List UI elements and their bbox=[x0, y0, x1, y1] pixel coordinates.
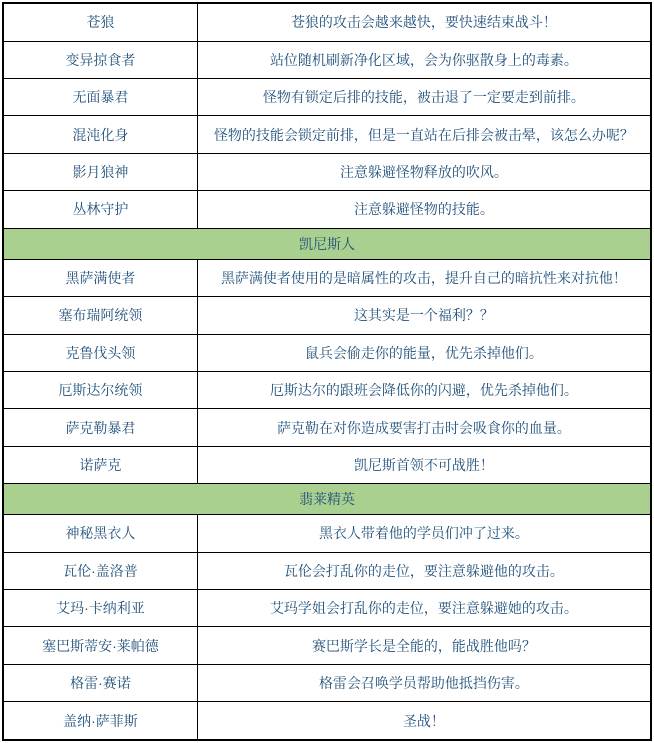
boss-strategy-cell: 黑萨满使者使用的是暗属性的攻击，提升自己的暗抗性来对抗他！ bbox=[197, 259, 651, 296]
table-row: 塞巴斯蒂安·莱帕德赛巴斯学长是全能的，能战胜他吗？ bbox=[3, 627, 651, 664]
boss-name-cell: 格雷·赛诺 bbox=[3, 664, 197, 701]
boss-name-cell: 变异掠食者 bbox=[3, 41, 197, 78]
boss-strategy-cell: 怪物的技能会锁定前排，但是一直站在后排会被击晕，该怎么办呢？ bbox=[197, 116, 651, 153]
boss-name-cell: 瓦伦·盖洛普 bbox=[3, 552, 197, 589]
table-row: 无面暴君怪物有锁定后排的技能，被击退了一定要走到前排。 bbox=[3, 79, 651, 116]
table-row: 盖纳·萨菲斯圣战！ bbox=[3, 702, 651, 740]
boss-strategy-cell: 苍狼的攻击会越来越快，要快速结束战斗！ bbox=[197, 3, 651, 41]
page: 苍狼苍狼的攻击会越来越快，要快速结束战斗！变异掠食者站位随机刷新净化区域，会为你… bbox=[0, 0, 654, 743]
table-row: 萨克勒暴君萨克勒在对你造成要害打击时会吸食你的血量。 bbox=[3, 409, 651, 446]
boss-strategy-cell: 格雷会召唤学员帮助他抵挡伤害。 bbox=[197, 664, 651, 701]
section-header-cell: 凯尼斯人 bbox=[3, 228, 651, 259]
boss-strategy-cell: 站位随机刷新净化区域，会为你驱散身上的毒素。 bbox=[197, 41, 651, 78]
boss-strategy-cell: 赛巴斯学长是全能的，能战胜他吗？ bbox=[197, 627, 651, 664]
boss-strategy-cell: 凯尼斯首领不可战胜！ bbox=[197, 446, 651, 483]
boss-name-cell: 厄斯达尔统领 bbox=[3, 371, 197, 408]
table-row: 格雷·赛诺格雷会召唤学员帮助他抵挡伤害。 bbox=[3, 664, 651, 701]
boss-strategy-cell: 黑衣人带着他的学员们冲了过来。 bbox=[197, 515, 651, 552]
table-row: 混沌化身怪物的技能会锁定前排，但是一直站在后排会被击晕，该怎么办呢？ bbox=[3, 116, 651, 153]
section-header-cell: 翡莱精英 bbox=[3, 484, 651, 515]
boss-name-cell: 克鲁伐头领 bbox=[3, 334, 197, 371]
table-row: 塞布瑞阿统领这其实是一个福利？？ bbox=[3, 297, 651, 334]
boss-name-cell: 艾玛·卡纳利亚 bbox=[3, 589, 197, 626]
table-row: 艾玛·卡纳利亚艾玛学姐会打乱你的走位，要注意躲避她的攻击。 bbox=[3, 589, 651, 626]
boss-name-cell: 萨克勒暴君 bbox=[3, 409, 197, 446]
boss-name-cell: 混沌化身 bbox=[3, 116, 197, 153]
boss-strategy-cell: 这其实是一个福利？？ bbox=[197, 297, 651, 334]
boss-name-cell: 黑萨满使者 bbox=[3, 259, 197, 296]
boss-strategy-cell: 瓦伦会打乱你的走位，要注意躲避他的攻击。 bbox=[197, 552, 651, 589]
boss-name-cell: 苍狼 bbox=[3, 3, 197, 41]
table-row: 厄斯达尔统领厄斯达尔的跟班会降低你的闪避，优先杀掉他们。 bbox=[3, 371, 651, 408]
boss-strategy-table-body: 苍狼苍狼的攻击会越来越快，要快速结束战斗！变异掠食者站位随机刷新净化区域，会为你… bbox=[3, 3, 651, 740]
boss-strategy-table: 苍狼苍狼的攻击会越来越快，要快速结束战斗！变异掠食者站位随机刷新净化区域，会为你… bbox=[2, 2, 652, 741]
table-row: 丛林守护注意躲避怪物的技能。 bbox=[3, 191, 651, 228]
boss-strategy-cell: 怪物有锁定后排的技能，被击退了一定要走到前排。 bbox=[197, 79, 651, 116]
boss-name-cell: 影月狼神 bbox=[3, 153, 197, 190]
boss-name-cell: 无面暴君 bbox=[3, 79, 197, 116]
section-header-row: 凯尼斯人 bbox=[3, 228, 651, 259]
table-row: 瓦伦·盖洛普瓦伦会打乱你的走位，要注意躲避他的攻击。 bbox=[3, 552, 651, 589]
table-row: 克鲁伐头领鼠兵会偷走你的能量，优先杀掉他们。 bbox=[3, 334, 651, 371]
boss-strategy-cell: 艾玛学姐会打乱你的走位，要注意躲避她的攻击。 bbox=[197, 589, 651, 626]
table-row: 神秘黑衣人黑衣人带着他的学员们冲了过来。 bbox=[3, 515, 651, 552]
table-row: 苍狼苍狼的攻击会越来越快，要快速结束战斗！ bbox=[3, 3, 651, 41]
table-row: 黑萨满使者黑萨满使者使用的是暗属性的攻击，提升自己的暗抗性来对抗他！ bbox=[3, 259, 651, 296]
table-row: 影月狼神注意躲避怪物释放的吹风。 bbox=[3, 153, 651, 190]
boss-name-cell: 神秘黑衣人 bbox=[3, 515, 197, 552]
boss-name-cell: 丛林守护 bbox=[3, 191, 197, 228]
section-header-row: 翡莱精英 bbox=[3, 484, 651, 515]
table-row: 变异掠食者站位随机刷新净化区域，会为你驱散身上的毒素。 bbox=[3, 41, 651, 78]
table-row: 诺萨克凯尼斯首领不可战胜！ bbox=[3, 446, 651, 483]
boss-name-cell: 盖纳·萨菲斯 bbox=[3, 702, 197, 740]
boss-name-cell: 塞布瑞阿统领 bbox=[3, 297, 197, 334]
boss-strategy-cell: 注意躲避怪物释放的吹风。 bbox=[197, 153, 651, 190]
boss-strategy-cell: 厄斯达尔的跟班会降低你的闪避，优先杀掉他们。 bbox=[197, 371, 651, 408]
boss-strategy-cell: 鼠兵会偷走你的能量，优先杀掉他们。 bbox=[197, 334, 651, 371]
boss-strategy-cell: 萨克勒在对你造成要害打击时会吸食你的血量。 bbox=[197, 409, 651, 446]
boss-strategy-cell: 圣战！ bbox=[197, 702, 651, 740]
boss-name-cell: 塞巴斯蒂安·莱帕德 bbox=[3, 627, 197, 664]
boss-name-cell: 诺萨克 bbox=[3, 446, 197, 483]
boss-strategy-cell: 注意躲避怪物的技能。 bbox=[197, 191, 651, 228]
